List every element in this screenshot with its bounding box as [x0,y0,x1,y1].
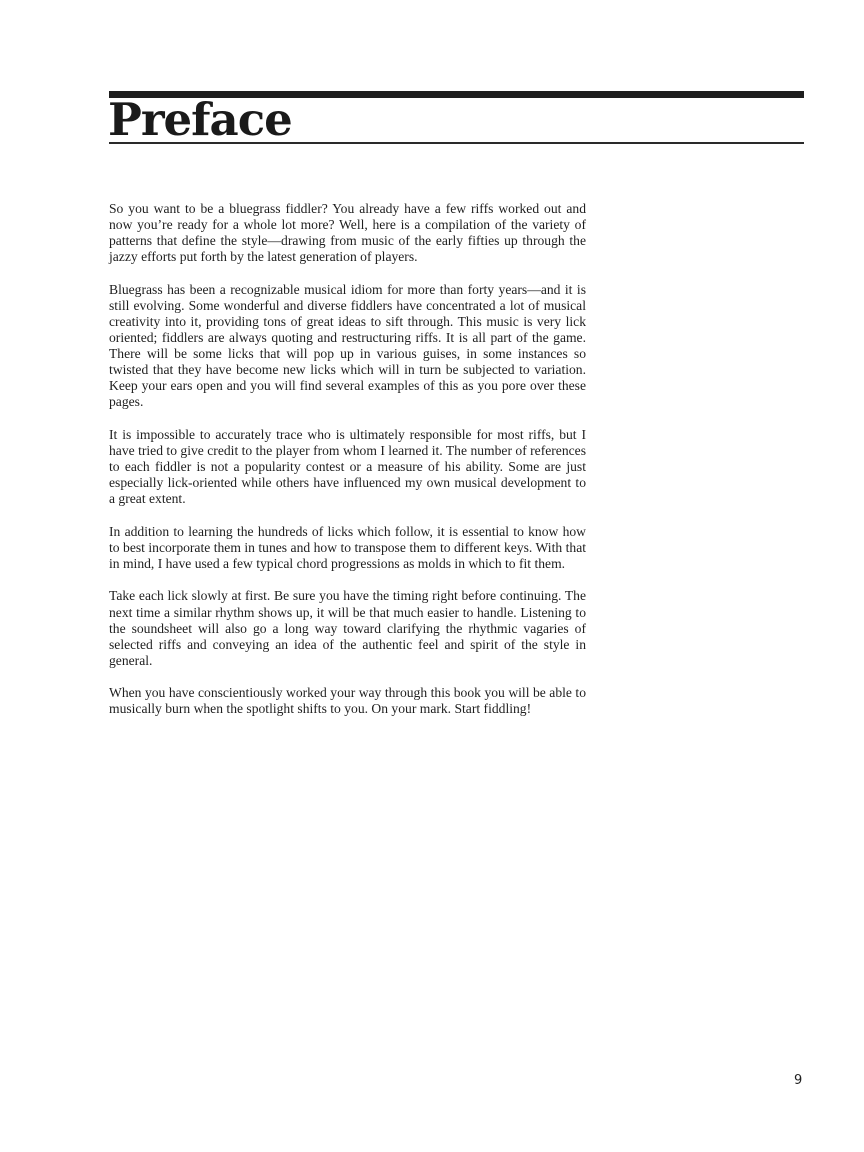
paragraph-6: When you have conscientiously worked you… [109,685,586,717]
paragraph-2: Bluegrass has been a recognizable musica… [109,282,586,411]
header-thin-rule [109,142,804,144]
preface-body: So you want to be a bluegrass fiddler? Y… [109,201,586,734]
book-page: Preface So you want to be a bluegrass fi… [0,0,864,1152]
paragraph-1: So you want to be a bluegrass fiddler? Y… [109,201,586,265]
paragraph-5: Take each lick slowly at first. Be sure … [109,588,586,668]
paragraph-3: It is impossible to accurately trace who… [109,427,586,507]
page-number: 9 [794,1073,802,1089]
page-title: Preface [108,96,292,144]
paragraph-4: In addition to learning the hundreds of … [109,524,586,572]
